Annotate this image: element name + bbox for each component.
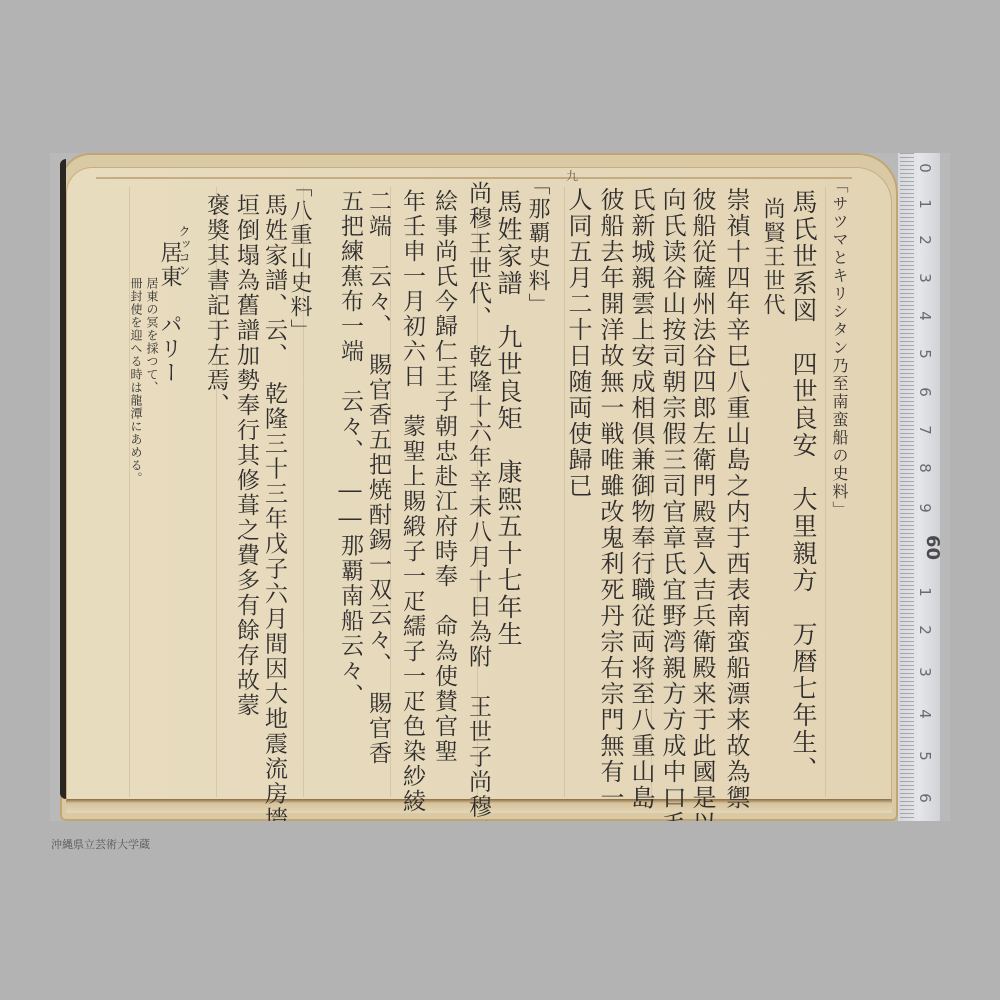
margin-note-heading: 居東 パリー xyxy=(158,241,180,385)
margin-note-text: 冊封使を迎へる時は龍潭にあめる。 xyxy=(130,277,142,485)
ruler-label: 4 xyxy=(916,311,934,321)
text-column: 馬氏世系図 四世良安 大里親方 万暦七年生、 xyxy=(791,189,816,783)
ruler-label: 0 xyxy=(916,163,934,173)
text-column: 五把練蕉布一端 云々、 ――那覇南船云々、 xyxy=(338,189,361,709)
text-column: 氏新城親雲上安成相倶兼御物奉行職従両将至八重山島 xyxy=(629,187,653,811)
text-column: 褒奬其書記于左焉、 xyxy=(204,193,227,418)
ruler-label: 9 xyxy=(916,503,934,513)
ruler-label: 5 xyxy=(916,349,934,359)
text-column: 馬姓家譜 九世良矩 康煕五十七年生 xyxy=(496,189,521,648)
ruler-label: 5 xyxy=(916,751,934,761)
ruler-label: 3 xyxy=(916,273,934,283)
section-heading-naha: 「那覇史料」 xyxy=(526,173,548,317)
ruler-label: 2 xyxy=(916,235,934,245)
section-heading-yaeyama: 「八重山史料」 xyxy=(288,175,310,343)
text-column: 馬姓家譜、云、 乾隆三十三年戊子六月間因大地震流房墻 xyxy=(262,193,285,821)
text-column: 年壬申一月初六日 蒙聖上賜緞子一疋繻子一疋色染紗綾 xyxy=(400,189,423,814)
text-column: 彼船去年開洋故無一戦唯雖改鬼利死丹宗右宗門無有一 xyxy=(598,187,622,811)
text-column: 彼船従薩州法谷四郎左衛門殿喜入吉兵衛殿来于此國是以 xyxy=(690,187,714,821)
text-column: 向氏读谷山按司朝宗假三司官章氏宜野湾親方方成中口毛 xyxy=(660,187,684,821)
text-column: 垣倒塌為舊譜加勢奉行其修葺之費多有餘存故蒙 xyxy=(234,193,257,718)
notebook-page: 九 「サツマとキリシタン乃至南蛮船の史料」 馬氏世系図 四世良安 大里親方 万暦… xyxy=(66,167,892,807)
ruler-label: 60 xyxy=(922,535,943,560)
notebook-photograph: 九 「サツマとキリシタン乃至南蛮船の史料」 馬氏世系図 四世良安 大里親方 万暦… xyxy=(50,153,950,821)
ruler-label: 1 xyxy=(916,199,934,209)
measuring-ruler: 0 1 2 3 4 5 6 7 8 9 60 1 2 3 4 5 6 xyxy=(898,153,940,821)
text-column: 絵事尚氏今歸仁王子朝忠赴江府時奉 命為使賛官聖 xyxy=(432,189,455,764)
ruler-label: 1 xyxy=(916,587,934,597)
text-column: 尚賢王世代 xyxy=(761,197,783,317)
text-column: 尚穆王世代、 乾隆十六年辛未八月十日為附 王世子尚穆承襲 xyxy=(466,181,489,821)
photo-stage: 九 「サツマとキリシタン乃至南蛮船の史料」 馬氏世系図 四世良安 大里親方 万暦… xyxy=(0,0,1000,1000)
ruler-label: 4 xyxy=(916,709,934,719)
margin-note-text: 居東の冥を採つて、 xyxy=(146,277,158,394)
text-column: 二端 云々、 賜官香五把焼酎錫一双云々、 賜官香 xyxy=(366,189,389,766)
ruled-line xyxy=(825,187,826,797)
ruler-label: 6 xyxy=(916,387,934,397)
text-column: 崇禎十四年辛巳八重山島之内于西表南蛮船漂来故為禦 xyxy=(724,187,748,811)
ruler-label: 7 xyxy=(916,425,934,435)
text-column: 人同五月二十日随両使歸已 xyxy=(566,187,590,499)
section-heading-satsuma: 「サツマとキリシタン乃至南蛮船の史料」 xyxy=(831,177,847,519)
ruler-label: 2 xyxy=(916,625,934,635)
page-top-line xyxy=(96,177,852,179)
ruler-label: 6 xyxy=(916,793,934,803)
ruler-label: 8 xyxy=(916,463,934,473)
collection-credit: 沖縄県立芸術大学蔵 xyxy=(51,836,150,852)
ruler-ticks xyxy=(900,153,914,821)
page-number: 九 xyxy=(566,167,578,184)
ruler-label: 3 xyxy=(916,667,934,677)
